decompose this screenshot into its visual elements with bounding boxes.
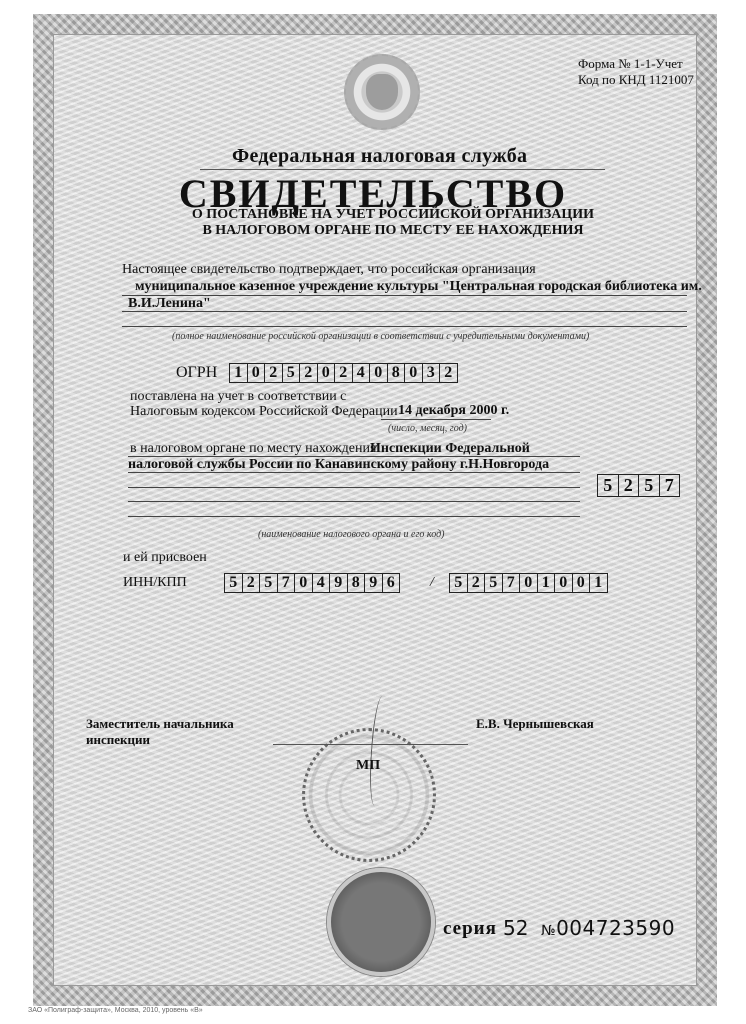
tax-authority-intro: в налоговом органе по месту нахождения [130, 441, 376, 457]
form-number: Форма № 1-1-Учет [578, 56, 694, 72]
digit-cell: 0 [405, 364, 423, 382]
signatory-position-line-1: Заместитель начальника [86, 716, 234, 732]
underline [128, 501, 580, 502]
tax-authority-name-line-2: налоговой службы России по Канавинскому … [128, 457, 549, 473]
inn-kpp-separator: / [430, 575, 434, 591]
digit-cell: 0 [555, 574, 573, 592]
digit-cell: 2 [300, 364, 318, 382]
digit-cell: 5 [283, 364, 301, 382]
organization-name-line-2: В.И.Ленина" [128, 296, 211, 312]
tax-authority-name-line-1: Инспекции Федеральной [370, 441, 530, 457]
digit-cell: 0 [520, 574, 538, 592]
digit-cell: 7 [278, 574, 296, 592]
registration-line-2: Налоговым кодексом Российской Федерации [130, 404, 398, 420]
digit-cell: 8 [348, 574, 366, 592]
digit-cell: 3 [423, 364, 441, 382]
organization-intro: Настоящее свидетельство подтверждает, чт… [122, 262, 536, 278]
digit-cell: 1 [230, 364, 248, 382]
digit-cell: 9 [365, 574, 383, 592]
underline [128, 487, 580, 488]
digit-cell: 2 [619, 475, 640, 496]
digit-cell: 0 [573, 574, 591, 592]
digit-cell: 1 [538, 574, 556, 592]
digit-cell: 5 [639, 475, 660, 496]
date-caption: (число, месяц, год) [388, 423, 467, 434]
digit-cell: 5 [225, 574, 243, 592]
underline [381, 419, 491, 420]
digit-cell: 0 [295, 574, 313, 592]
serial-number: №004723590 [541, 916, 675, 940]
series-value: 52 [503, 916, 528, 940]
digit-cell: 2 [243, 574, 261, 592]
digit-cell: 7 [660, 475, 680, 496]
digit-cell: 0 [248, 364, 266, 382]
registration-line-1: поставлена на учет в соответствии с [130, 389, 346, 405]
inn-value: 5257049896 [224, 573, 400, 593]
ogrn-value: 1025202408032 [229, 363, 458, 383]
underline [128, 516, 580, 517]
digit-cell: 9 [330, 574, 348, 592]
underline [122, 326, 687, 327]
document-subtitle-1: О ПОСТАНОВКЕ НА УЧЕТ РОССИЙСКОЙ ОРГАНИЗА… [20, 207, 746, 223]
serial-number-value: 004723590 [556, 916, 675, 940]
organization-caption: (полное наименование российской организа… [172, 331, 589, 342]
digit-cell: 4 [353, 364, 371, 382]
digit-cell: 2 [335, 364, 353, 382]
hologram-seal-icon [327, 868, 435, 976]
official-seal-icon [302, 728, 436, 862]
stamp-label: МП [356, 758, 380, 774]
digit-cell: 5 [450, 574, 468, 592]
digit-cell: 6 [383, 574, 400, 592]
form-info: Форма № 1-1-Учет Код по КНД 1121007 [578, 56, 694, 88]
digit-cell: 5 [260, 574, 278, 592]
signatory-position-line-2: инспекции [86, 732, 150, 748]
kpp-value: 525701001 [449, 573, 608, 593]
digit-cell: 1 [590, 574, 607, 592]
tax-authority-code: 5257 [597, 474, 680, 497]
digit-cell: 5 [598, 475, 619, 496]
document-subtitle-2: В НАЛОГОВОМ ОРГАНЕ ПО МЕСТУ ЕЕ НАХОЖДЕНИ… [20, 223, 746, 239]
printer-imprint: ЗАО «Полиграф-защита», Москва, 2010, уро… [28, 1007, 203, 1014]
digit-cell: 0 [318, 364, 336, 382]
tax-authority-caption: (наименование налогового органа и его ко… [258, 529, 444, 540]
signatory-name: Е.В. Чернышевская [476, 716, 594, 732]
agency-name: Федеральная налоговая служба [232, 145, 527, 168]
ogrn-label: ОГРН [176, 364, 217, 382]
digit-cell: 2 [440, 364, 457, 382]
registration-date: 14 декабря 2000 г. [398, 403, 509, 419]
double-headed-eagle-icon [366, 74, 398, 110]
digit-cell: 5 [485, 574, 503, 592]
digit-cell: 8 [388, 364, 406, 382]
digit-cell: 2 [468, 574, 486, 592]
series-label: серия [443, 918, 497, 940]
number-sign: № [541, 923, 556, 939]
digit-cell: 4 [313, 574, 331, 592]
organization-name-line-1: муниципальное казенное учреждение культу… [135, 279, 702, 295]
coat-of-arms-emblem-icon [344, 54, 420, 130]
digit-cell: 7 [503, 574, 521, 592]
digit-cell: 0 [370, 364, 388, 382]
digit-cell: 2 [265, 364, 283, 382]
knd-code: Код по КНД 1121007 [578, 72, 694, 88]
underline [128, 472, 580, 473]
underline [122, 311, 687, 312]
assigned-label: и ей присвоен [123, 550, 207, 566]
inn-kpp-label: ИНН/КПП [123, 575, 187, 591]
